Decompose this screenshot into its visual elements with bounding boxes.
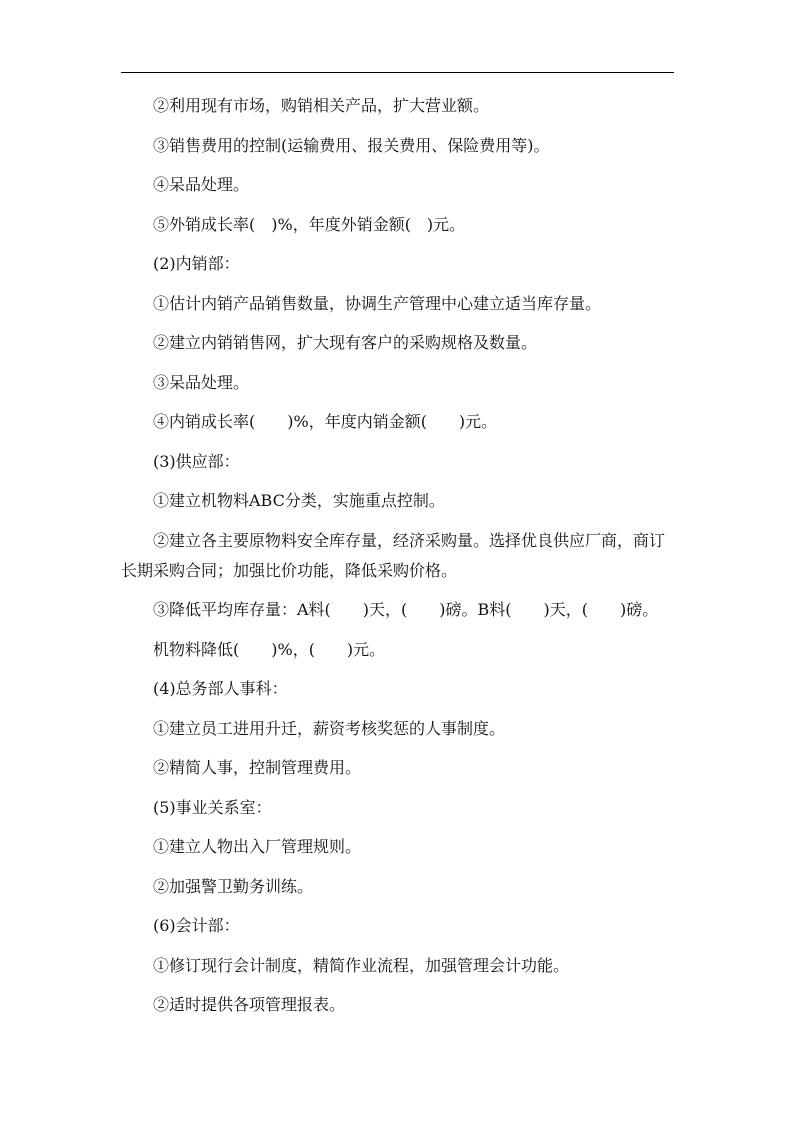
- paragraph: ②建立内销销售网，扩大现有客户的采购规格及数量。: [121, 328, 674, 358]
- header-rule: [121, 72, 674, 73]
- paragraph: ①建立员工进用升迁，薪资考核奖惩的人事制度。: [121, 714, 674, 744]
- paragraph: ②加强警卫勤务训练。: [121, 872, 674, 902]
- paragraph: ③销售费用的控制(运输费用、报关费用、保险费用等)。: [121, 131, 674, 161]
- paragraph: ①修订现行会计制度，精简作业流程，加强管理会计功能。: [121, 951, 674, 981]
- paragraph: ④呆品处理。: [121, 170, 674, 200]
- paragraph: (3)供应部：: [121, 447, 674, 477]
- paragraph: ②建立各主要原物料安全库存量，经济采购量。选择优良供应厂商，商订长期采购合同；加…: [121, 526, 674, 586]
- paragraph: ①估计内销产品销售数量，协调生产管理中心建立适当库存量。: [121, 289, 674, 319]
- paragraph: (5)事业关系室：: [121, 793, 674, 823]
- document-page: ②利用现有市场，购销相关产品，扩大营业额。③销售费用的控制(运输费用、报关费用、…: [0, 0, 793, 1122]
- paragraph: ④内销成长率( )%，年度内销金额( )元。: [121, 407, 674, 437]
- paragraph: ③呆品处理。: [121, 368, 674, 398]
- paragraph: ⑤外销成长率( )%，年度外销金额( )元。: [121, 210, 674, 240]
- document-body: ②利用现有市场，购销相关产品，扩大营业额。③销售费用的控制(运输费用、报关费用、…: [121, 91, 674, 1030]
- paragraph: (2)内销部：: [121, 249, 674, 279]
- paragraph: ②精简人事，控制管理费用。: [121, 753, 674, 783]
- paragraph: ②适时提供各项管理报表。: [121, 990, 674, 1020]
- paragraph: ①建立机物料ABC分类，实施重点控制。: [121, 486, 674, 516]
- paragraph: 机物料降低( )%，( )元。: [121, 635, 674, 665]
- paragraph: ③降低平均库存量：A料( )天，( )磅。B料( )天，( )磅。: [121, 595, 674, 625]
- paragraph: ①建立人物出入厂管理规则。: [121, 832, 674, 862]
- paragraph: (6)会计部：: [121, 911, 674, 941]
- paragraph: ②利用现有市场，购销相关产品，扩大营业额。: [121, 91, 674, 121]
- paragraph: (4)总务部人事科：: [121, 674, 674, 704]
